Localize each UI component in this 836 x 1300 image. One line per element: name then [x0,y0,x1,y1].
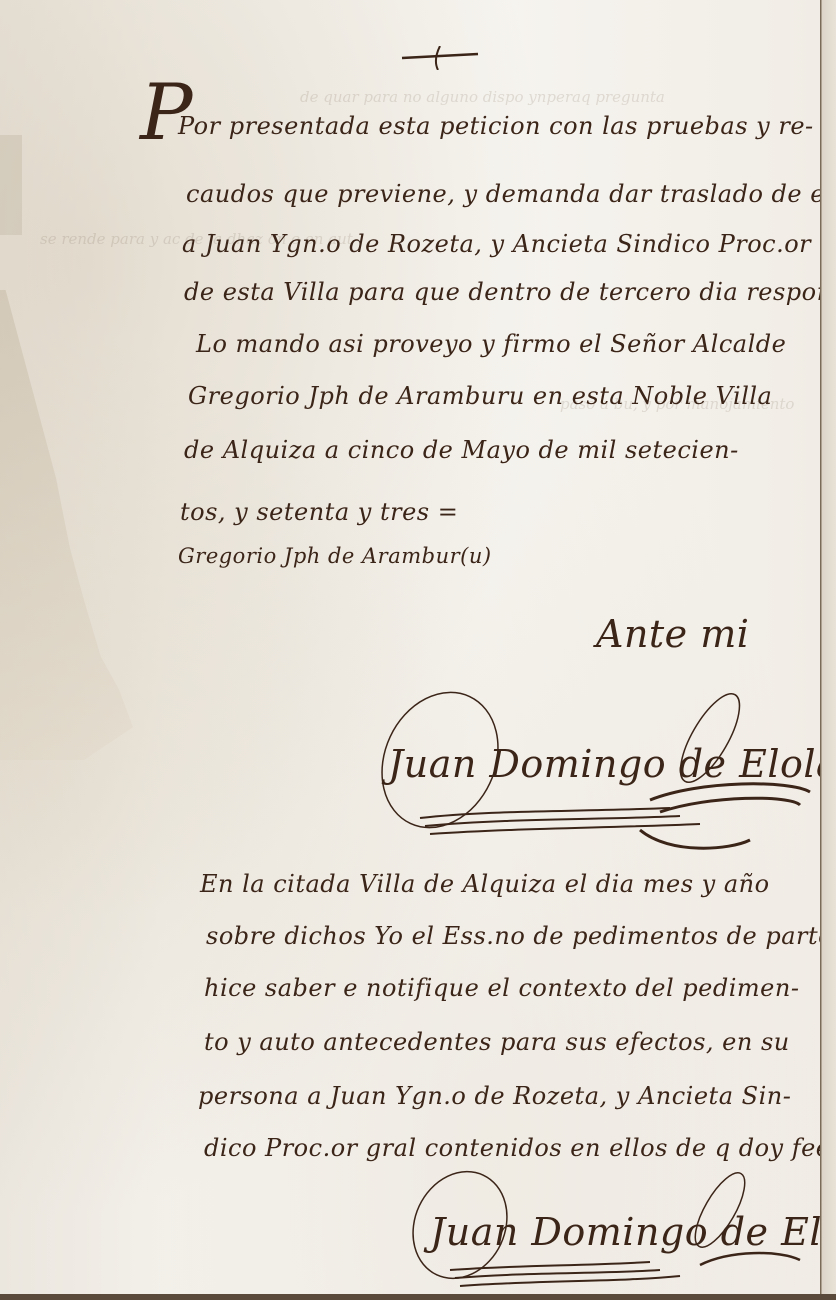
torn-paper-strip [0,135,22,235]
torn-paper-flap [0,290,140,760]
manuscript-line: Lo mando asi proveyo y firmo el Señor Al… [196,330,786,358]
manuscript-line: Gregorio Jph de Aramburu en esta Noble V… [188,382,772,410]
notary-rubric-flourish-2 [400,1170,820,1295]
manuscript-line: hice saber e notifique el contexto del p… [204,974,799,1002]
manuscript-line: caudos que previene, y demanda dar trasl… [186,180,836,208]
folio-cross-mark [400,46,480,70]
manuscript-line: de esta Villa para que dentro de tercero… [184,278,836,306]
manuscript-page: de quar para no alguno dispo ynperaq pre… [0,0,820,1296]
manuscript-line: tos, y setenta y tres = [180,498,458,526]
manuscript-line: de Alquiza a cinco de Mayo de mil seteci… [184,436,739,464]
manuscript-line: En la citada Villa de Alquiza el dia mes… [200,870,770,898]
manuscript-line: persona a Juan Ygn.o de Rozeta, y Anciet… [198,1082,791,1110]
bleed-through-text: de quar para no alguno dispo ynperaq pre… [300,88,665,106]
alcalde-signature: Gregorio Jph de Arambur(u) [178,544,492,568]
manuscript-line: to y auto antecedentes para sus efectos,… [204,1028,790,1056]
page-binding-edge [820,0,836,1300]
notary-rubric-flourish [370,680,820,860]
manuscript-line: dico Proc.or gral contenidos en ellos de… [204,1134,836,1162]
page-bottom-edge [0,1294,836,1300]
manuscript-line: a Juan Ygn.o de Rozeta, y Ancieta Sindic… [182,230,836,258]
manuscript-line: sobre dichos Yo el Ess.no de pedimentos … [206,922,833,950]
manuscript-line: Por presentada esta peticion con las pru… [178,112,814,140]
ante-mi-signature: Ante mi [596,612,749,656]
